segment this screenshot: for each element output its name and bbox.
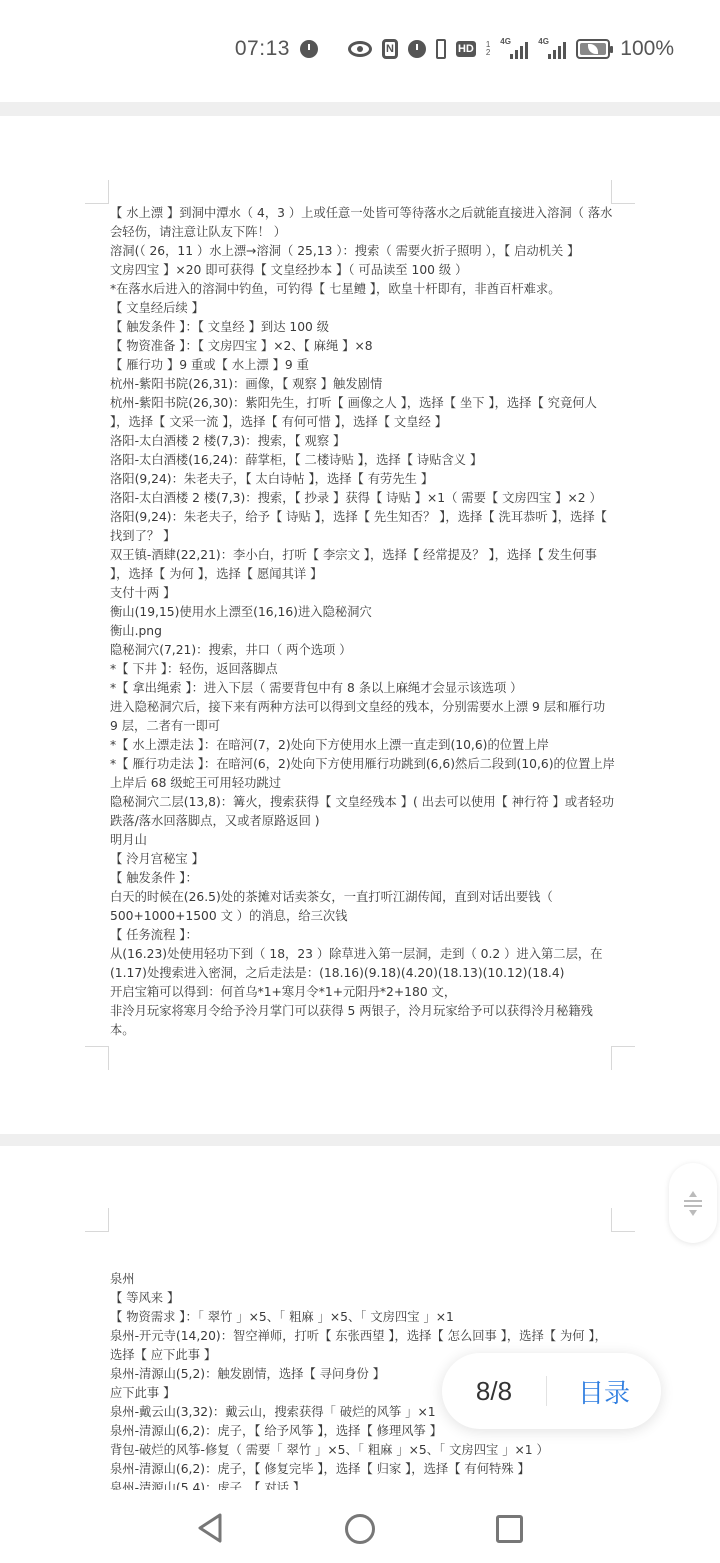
doc-line: 双王镇-酒肆(22,21)：李小白，打听【 李宗文 】，选择【 经常提及？ 】，…	[110, 546, 615, 584]
margin-corner-mark	[85, 1046, 109, 1070]
doc-line: 杭州-紫阳书院(26,30)：紫阳先生，打听【 画像之人 】，选择【 坐下 】，…	[110, 394, 615, 432]
doc-line: 泉州	[110, 1270, 615, 1289]
doc-line: 洛阳(9,24)：朱老夫子，【 太白诗帖 】，选择【 有劳先生 】	[110, 470, 615, 489]
back-icon[interactable]	[196, 1512, 224, 1544]
doc-line: 洛阳-太白酒楼 2 楼(7,3)：搜索，【 观察 】	[110, 432, 615, 451]
alarm-icon	[408, 40, 426, 58]
doc-line: 支付十两 】	[110, 584, 615, 603]
page-count[interactable]: 8/8	[442, 1376, 546, 1407]
recents-icon[interactable]	[496, 1515, 523, 1543]
doc-line: 【 泠月宫秘宝 】	[110, 850, 615, 869]
margin-corner-mark	[611, 1208, 635, 1232]
doc-line: *【 雁行功走法 】：在暗河(6，2)处向下方使用雁行功跳到(6,6)然后二段到…	[110, 755, 615, 793]
doc-line: 洛阳-太白酒楼(16,24)：薛掌柜，【 二楼诗贴 】，选择【 诗贴含义 】	[110, 451, 615, 470]
doc-line: 进入隐秘洞穴后，接下来有两种方法可以得到文皇经的残本，分别需要水上漂 9 层和雁…	[110, 698, 615, 736]
doc-line: 【 等风来 】	[110, 1289, 615, 1308]
alarm-icon	[300, 40, 318, 58]
margin-corner-mark	[85, 180, 109, 204]
doc-line: 明月山	[110, 831, 615, 850]
doc-line: 泉州-清源山(5,4)：虎子，【 对话 】	[110, 1479, 615, 1490]
signal-4g-sim1-icon: 4G	[500, 39, 528, 59]
doc-line: 【 任务流程 】：	[110, 926, 615, 945]
drag-bar-icon	[684, 1200, 702, 1202]
doc-line: 【 触发条件 】：【 文皇经 】到达 100 级	[110, 318, 615, 337]
doc-line: 隐秘洞穴二层(13,8)：篝火，搜索获得【 文皇经残本 】( 出去可以使用【 神…	[110, 793, 615, 831]
doc-line: 溶洞(（ 26，11 ）水上漂→溶洞（ 25,13 ）：搜索（ 需要火折子照明 …	[110, 242, 615, 261]
hd-volte-icon: HD	[456, 41, 476, 57]
status-time: 07:13	[235, 37, 290, 61]
doc-line: 隐秘洞穴(7,21)：搜索，井口（ 两个选项 ）	[110, 641, 615, 660]
doc-line: 从(16.23)处使用轻功下到（ 18，23 ）除草进入第一层洞，走到（ 0.2…	[110, 945, 615, 983]
status-icons: 07:13 N HD 1 2 4G 4G 100%	[235, 33, 674, 65]
page-separator	[0, 102, 720, 116]
toc-button[interactable]: 目录	[547, 1373, 661, 1410]
sim-slot-label: 1 2	[486, 41, 490, 57]
doc-line: *在落水后进入的溶洞中钓鱼，可钓得【 七星鳢 】，欧皇十杆即有，非酋百杆难求。	[110, 280, 615, 299]
battery-percentage: 100%	[620, 37, 674, 61]
doc-line: 洛阳(9,24)：朱老夫子，给予【 诗贴 】，选择【 先生知否？ 】，选择【 洗…	[110, 508, 615, 546]
doc-line: 衡山.png	[110, 622, 615, 641]
document-body: 【 水上漂 】到洞中潭水（ 4，3 ）上或任意一处皆可等待落水之后就能直接进入溶…	[110, 204, 615, 1040]
doc-line: 【 文皇经后续 】	[110, 299, 615, 318]
doc-line: 泉州-清源山(6,2)：虎子，【 修复完毕 】，选择【 归家 】，选择【 有何特…	[110, 1460, 615, 1479]
signal-4g-sim2-icon: 4G	[538, 39, 566, 59]
status-bar: 07:13 N HD 1 2 4G 4G 100%	[0, 0, 720, 100]
vibrate-icon	[436, 39, 446, 59]
arrow-up-icon	[689, 1191, 697, 1197]
doc-line: *【 水上漂走法 】：在暗河(7，2)处向下方使用水上漂一直走到(10,6)的位…	[110, 736, 615, 755]
drag-bar-icon	[684, 1205, 702, 1207]
doc-line: *【 拿出绳索 】：进入下层（ 需要背包中有 8 条以上麻绳才会显示该选项 ）	[110, 679, 615, 698]
arrow-down-icon	[689, 1210, 697, 1216]
page-indicator-pill: 8/8 目录	[442, 1353, 661, 1429]
page-separator	[0, 1134, 720, 1146]
scroll-drag-handle[interactable]	[669, 1163, 717, 1243]
nfc-icon: N	[382, 39, 398, 59]
doc-line: 【 水上漂 】到洞中潭水（ 4，3 ）上或任意一处皆可等待落水之后就能直接进入溶…	[110, 204, 615, 242]
doc-line: 杭州-紫阳书院(26,31)：画像，【 观察 】触发剧情	[110, 375, 615, 394]
doc-line: 白天的时候在(26.5)处的茶摊对话卖茶女，一直打听江湖传闻，直到对话出要钱（ …	[110, 888, 615, 926]
margin-corner-mark	[85, 1208, 109, 1232]
doc-line: 开启宝箱可以得到：何首乌*1+寒月令*1+元阳丹*2+180 文，	[110, 983, 615, 1002]
doc-line: 【 物资准备 】：【 文房四宝 】×2、【 麻绳 】×8	[110, 337, 615, 356]
eye-comfort-icon	[348, 41, 372, 57]
doc-line: 衡山(19,15)使用水上漂至(16,16)进入隐秘洞穴	[110, 603, 615, 622]
doc-line: *【 下井 】：轻伤，返回落脚点	[110, 660, 615, 679]
doc-line: 【 触发条件 】：	[110, 869, 615, 888]
doc-line: 【 物资需求 】：「 翠竹 」×5、「 粗麻 」×5、「 文房四宝 」×1	[110, 1308, 615, 1327]
document-page-2[interactable]: 泉州 【 等风来 】 【 物资需求 】：「 翠竹 」×5、「 粗麻 」×5、「 …	[0, 1146, 720, 1490]
doc-line: 洛阳-太白酒楼 2 楼(7,3)：搜索，【 抄录 】获得【 诗贴 】×1（ 需要…	[110, 489, 615, 508]
doc-line: 背包-破烂的风筝-修复（ 需要「 翠竹 」×5、「 粗麻 」×5、「 文房四宝 …	[110, 1441, 615, 1460]
margin-corner-mark	[611, 1046, 635, 1070]
battery-saver-icon	[576, 39, 610, 59]
doc-line: 【 雁行功 】9 重或【 水上漂 】9 重	[110, 356, 615, 375]
home-icon[interactable]	[345, 1514, 375, 1544]
system-nav-bar	[0, 1490, 720, 1563]
doc-line: 非泠月玩家将寒月令给予泠月掌门可以获得 5 两银子，泠月玩家给予可以获得泠月秘籍…	[110, 1002, 615, 1040]
doc-line: 文房四宝 】×20 即可获得【 文皇经抄本 】（ 可品读至 100 级 ）	[110, 261, 615, 280]
margin-corner-mark	[611, 180, 635, 204]
document-page-1[interactable]: 【 水上漂 】到洞中潭水（ 4，3 ）上或任意一处皆可等待落水之后就能直接进入溶…	[0, 116, 720, 1134]
